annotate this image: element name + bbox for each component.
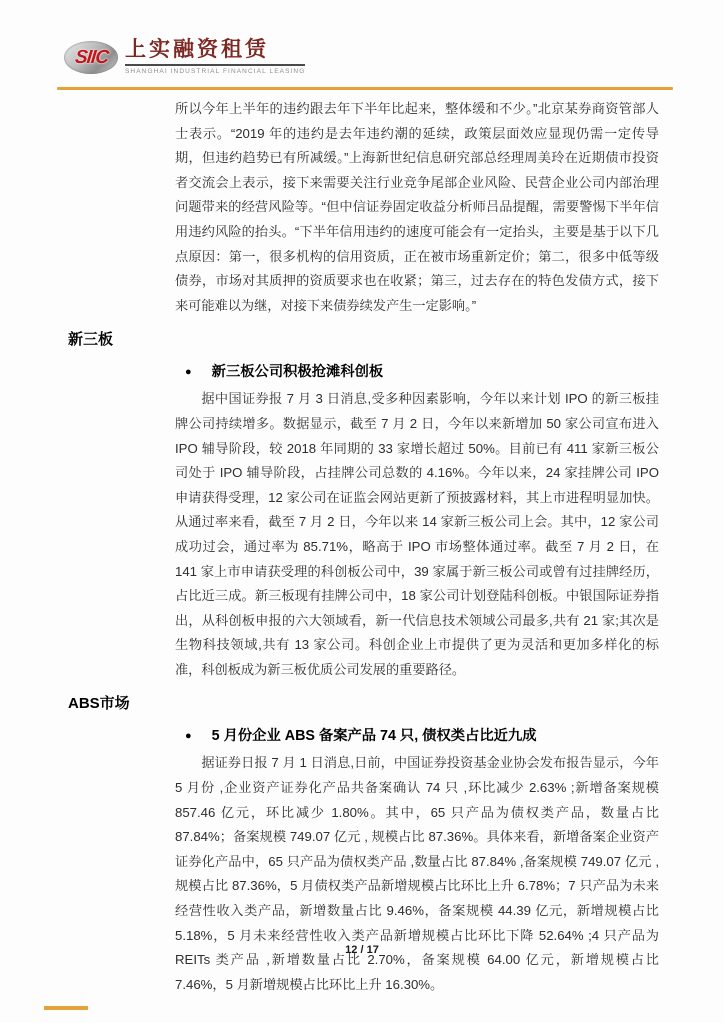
article-headline-text: 新三板公司积极抢滩科创板 — [212, 362, 384, 383]
article-headline-abs: ● 5 月份企业 ABS 备案产品 74 只, 债权类占比近九成 — [185, 726, 660, 747]
logo-company-name-cn: 上实融资租赁 — [125, 38, 305, 66]
article-headline-text: 5 月份企业 ABS 备案产品 74 只, 债权类占比近九成 — [212, 726, 537, 747]
logo-wordmark: 上实融资租赁 SHANGHAI INDUSTRIAL FINANCIAL LEA… — [125, 38, 305, 75]
bullet-icon: ● — [185, 731, 192, 742]
document-page: SIIC 上实融资租赁 SHANGHAI INDUSTRIAL FINANCIA… — [0, 0, 724, 1023]
article-headline-neeq: ● 新三板公司积极抢滩科创板 — [185, 362, 660, 383]
bullet-icon: ● — [185, 367, 192, 378]
newsletter-body: 所以今年上半年的违约跟去年下半年比起来，整体缓和不少。”北京某券商资管部人士表示… — [68, 97, 660, 997]
section-heading-neeq: 新三板 — [68, 329, 660, 351]
company-logo: SIIC 上实融资租赁 SHANGHAI INDUSTRIAL FINANCIA… — [64, 38, 305, 75]
section-heading-abs: ABS市场 — [68, 693, 660, 715]
article-body-abs: 据证券日报 7 月 1 日消息,日前，中国证券投资基金业协会发布报告显示，今年 … — [175, 751, 659, 997]
article-body-neeq: 据中国证券报 7 月 3 日消息,受多种因素影响，今年以来计划 IPO 的新三板… — [175, 387, 659, 682]
footer-accent-line — [44, 1006, 88, 1010]
logo-siic-text: SIIC — [73, 47, 108, 69]
siic-ellipse-logo-icon: SIIC — [64, 41, 118, 74]
header-accent-divider — [57, 87, 673, 90]
intro-continuation-paragraph: 所以今年上半年的违约跟去年下半年比起来，整体缓和不少。”北京某券商资管部人士表示… — [175, 97, 659, 318]
logo-company-name-en: SHANGHAI INDUSTRIAL FINANCIAL LEASING — [125, 68, 305, 75]
page-number: 12 / 17 — [0, 944, 724, 956]
